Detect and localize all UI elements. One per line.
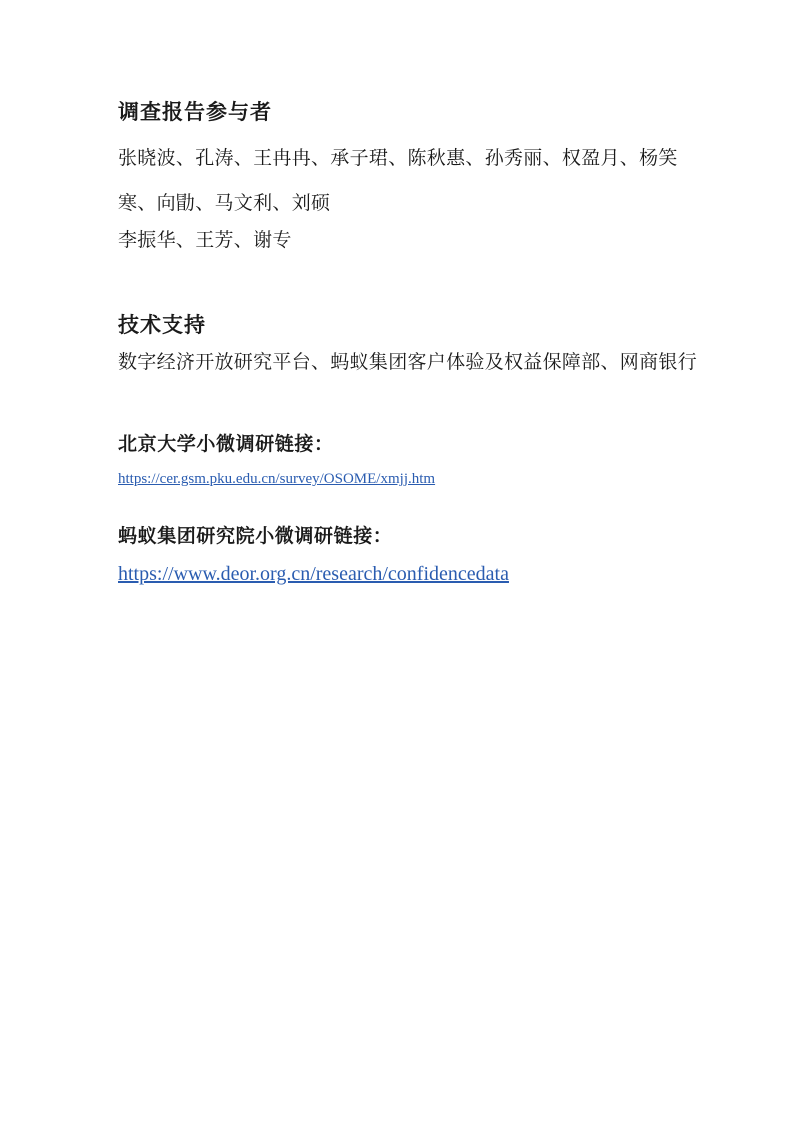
pku-survey-link[interactable]: https://cer.gsm.pku.edu.cn/survey/OSOME/… [118, 471, 435, 487]
ant-survey-link-heading: 蚂蚁集团研究院小微调研链接： [118, 527, 686, 548]
ant-survey-link[interactable]: https://www.deor.org.cn/research/confide… [118, 563, 509, 585]
tech-support-heading: 技术支持 [118, 314, 686, 337]
pku-survey-link-heading: 北京大学小微调研链接： [118, 435, 686, 456]
participants-names-line-1: 张晓波、孔涛、王冉冉、承子珺、陈秋惠、孙秀丽、权盈月、杨笑 [118, 149, 686, 170]
document-page: 调查报告参与者 张晓波、孔涛、王冉冉、承子珺、陈秋惠、孙秀丽、权盈月、杨笑 寒、… [0, 0, 793, 1122]
participants-names-second-group: 李振华、王芳、谢专 [118, 231, 686, 252]
tech-support-body: 数字经济开放研究平台、蚂蚁集团客户体验及权益保障部、网商银行 [118, 353, 686, 374]
participants-heading: 调查报告参与者 [118, 101, 686, 124]
participants-names-line-2: 寒、向勖、马文利、刘硕 [118, 194, 686, 215]
